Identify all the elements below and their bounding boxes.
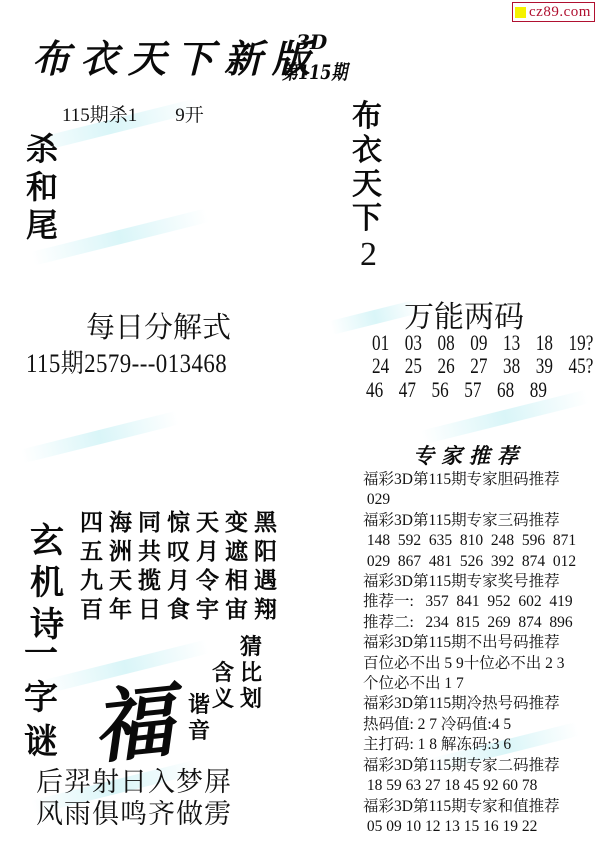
poem-side-label: 玄 机 诗 (30, 520, 64, 646)
expert-line: 148 592 635 810 248 596 871 (363, 531, 576, 551)
riddle-hint: 谐 音 (188, 692, 210, 744)
expert-line: 18 59 63 27 18 45 92 60 78 (363, 776, 576, 796)
expert-line: 福彩3D第115期专家二码推荐 (363, 756, 576, 776)
vertical-char: 猜 (240, 634, 262, 660)
poem-line: 五洲共叹月遮阳 (80, 537, 283, 566)
vertical-char: 和 (26, 168, 58, 206)
vertical-char: 划 (240, 686, 262, 712)
code: 38 (503, 353, 536, 379)
vertical-char: 谜 (24, 720, 58, 764)
expert-line: 百位必不出 5 9十位必不出 2 3 (363, 654, 576, 674)
poem-lines: 四海同惊天变黑 五洲共叹月遮阳 九天揽月令相遇 百年日食宇宙翔 (80, 508, 283, 624)
kill-right: 9开 (175, 105, 204, 126)
poem-line: 九天揽月令相遇 (80, 566, 283, 595)
riddle-character: 福 (86, 656, 178, 779)
riddle-hint: 含 义 (212, 660, 234, 712)
kill-vertical-label: 杀 和 尾 (26, 130, 58, 244)
code: 68 (497, 377, 530, 403)
expert-line: 主打码: 1 8 解冻码:3 6 (363, 735, 576, 755)
expert-line: 热码值: 2 7 冷码值:4 5 (363, 715, 576, 735)
expert-line: 029 867 481 526 392 874 012 (363, 552, 576, 572)
code: 45? (569, 353, 602, 379)
vertical-char: 杀 (26, 130, 58, 168)
riddle-hint: 猜 比 划 (240, 634, 262, 712)
expert-line: 推荐一: 357 841 952 602 419 (363, 592, 576, 612)
game-label: 3D (296, 30, 327, 54)
square-icon (515, 7, 526, 18)
expert-line: 福彩3D第115期专家三码推荐 (363, 511, 576, 531)
poem-line: 四海同惊天变黑 (80, 508, 283, 537)
watermark (21, 411, 180, 463)
vertical-char: 衣 (352, 134, 382, 168)
vertical-char: 天 (352, 168, 382, 202)
code: 27 (470, 353, 503, 379)
kill-left: 115期杀1 (62, 105, 137, 126)
expert-line: 福彩3D第115期专家和值推荐 (363, 797, 576, 817)
expert-title: 专家推荐 (413, 440, 525, 470)
vertical-char: 音 (188, 718, 210, 744)
kill-line: 115期杀19开 (62, 100, 204, 127)
closing-line: 后羿射日入梦屏 (36, 767, 232, 799)
poem-line: 百年日食宇宙翔 (80, 595, 283, 624)
code: 26 (438, 353, 471, 379)
daily-title: 每日分解式 (86, 305, 231, 346)
code: 56 (432, 377, 465, 403)
vertical-char: 谐 (188, 692, 210, 718)
expert-line: 个位必不出 1 7 (363, 674, 576, 694)
vertical-char: 下 (352, 202, 382, 236)
expert-line: 福彩3D第115期不出号码推荐 (363, 633, 576, 653)
code: 47 (399, 377, 432, 403)
two-codes-row: 24 25 26 27 38 39 45? (372, 353, 601, 379)
issue-label: 第115期 (282, 56, 347, 85)
expert-line: 福彩3D第115期冷热号码推荐 (363, 694, 576, 714)
vertical-char: 尾 (26, 206, 58, 244)
site-badge[interactable]: cz89.com (512, 2, 595, 22)
vertical-char: 字 (24, 676, 58, 720)
vertical-char: 含 (212, 660, 234, 686)
expert-line: 05 09 10 12 13 15 16 19 22 (363, 817, 576, 837)
closing-verse: 后羿射日入梦屏 风雨俱鸣齐做雳 (36, 767, 232, 831)
code: 39 (536, 353, 569, 379)
code: 89 (530, 377, 563, 403)
vertical-char: 布 (352, 100, 382, 134)
expert-list: 福彩3D第115期专家胆码推荐 029 福彩3D第115期专家三码推荐 148 … (363, 470, 576, 837)
vertical-char: 比 (240, 660, 262, 686)
vertical-char: 义 (212, 686, 234, 712)
riddle-side-label: 一 字 谜 (24, 632, 58, 764)
closing-line: 风雨俱鸣齐做雳 (36, 799, 232, 831)
vertical-char: 一 (24, 632, 58, 676)
daily-line: 115期2579---013468 (26, 343, 227, 380)
expert-line: 福彩3D第115期专家奖号推荐 (363, 572, 576, 592)
buyi-number: 2 (360, 236, 377, 274)
vertical-char: 机 (30, 562, 64, 604)
code: 24 (372, 353, 405, 379)
site-badge-text: cz89.com (529, 4, 591, 21)
code: 46 (366, 377, 399, 403)
expert-line: 福彩3D第115期专家胆码推荐 (363, 470, 576, 490)
vertical-char: 玄 (30, 520, 64, 562)
code: 57 (464, 377, 497, 403)
page-title: 布衣天下新版 (32, 28, 320, 83)
two-codes-row: 46 47 56 57 68 89 (366, 377, 563, 403)
code: 25 (405, 353, 438, 379)
expert-line: 推荐二: 234 815 269 874 896 (363, 613, 576, 633)
expert-line: 029 (363, 490, 576, 510)
buyi-vertical-label: 布 衣 天 下 (352, 100, 382, 236)
